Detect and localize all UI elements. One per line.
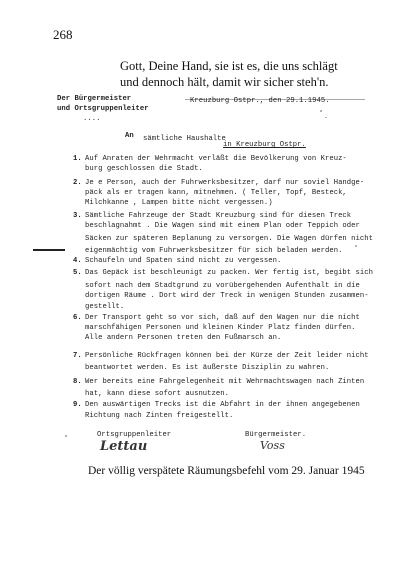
item-8-number: 8. (73, 378, 82, 386)
epigraph: Gott, Deine Hand, sie ist es, die uns sc… (120, 58, 338, 90)
item-5-line-2: sofort nach dem Stadtgrund zu vorübergeh… (85, 282, 360, 290)
item-5-line-1: Das Gepäck ist beschleunigt zu packen. W… (85, 269, 373, 277)
page-number: 268 (53, 27, 73, 43)
item-9-line-1: Den auswärtigen Trecks ist die Abfahrt i… (85, 401, 360, 409)
item-5-number: 5. (73, 269, 82, 277)
item-2-line-1: Je e Person, auch der Fuhrwerksbesitzer,… (85, 179, 364, 187)
scan-speck (320, 110, 322, 112)
item-3-line-2: beschlagnahmt . Die Wagen sind mit einem… (85, 222, 360, 230)
item-7-number: 7. (73, 352, 82, 360)
item-9-number: 9. (73, 401, 82, 409)
signature-title-right: Bürgermeister. (245, 431, 306, 439)
item-1-line-2: burg geschlossen die Stadt. (85, 165, 203, 173)
scan-speck (65, 435, 67, 437)
item-7-line-1: Persönliche Rückfragen können bei der Kü… (85, 352, 369, 360)
sender-line-2: und Ortsgruppenleiter (57, 105, 149, 113)
item-6-number: 6. (73, 314, 82, 322)
item-4-line-1: Schaufeln und Spaten sind nicht zu verge… (85, 257, 281, 265)
item-5-line-4: gestellt. (85, 303, 124, 311)
item-8-line-2: hat, kann diese sofort ausnutzen. (85, 390, 229, 398)
item-7-line-2: beantwortet werden. Es ist äußerste Disz… (85, 364, 329, 372)
signature-left: Lettau (100, 439, 147, 454)
item-2-number: 2. (73, 179, 82, 187)
signature-right: Voss (260, 439, 285, 452)
item-4-number: 4. (73, 257, 82, 265)
address-an: An (125, 132, 134, 140)
item-3-line-1: Sämtliche Fahrzeuge der Stadt Kreuzburg … (85, 212, 351, 220)
item-2-line-2: päck als er tragen kann, mitnehmen. ( Te… (85, 189, 347, 197)
item-6-line-1: Der Transport geht so vor sich, daß auf … (85, 314, 360, 322)
address-location: in Kreuzburg Ostpr. (223, 141, 306, 149)
margin-pen-stroke (33, 249, 65, 251)
item-3-line-4: eigenmächtig vom Fuhrwerksbesitzer für s… (85, 247, 342, 255)
item-5-line-3: dortigen Räume . Dort wird der Treck in … (85, 292, 369, 300)
sender-dots: .... (83, 115, 100, 123)
sender-line-1: Der Bürgermeister (57, 95, 131, 103)
scanned-evacuation-order: Der Bürgermeister und Ortsgruppenleiter … (55, 95, 380, 455)
scan-speck (325, 117, 327, 118)
place-and-date: Kreuzburg Ostpr., den 29.1.1945. (190, 97, 330, 105)
figure-caption: Der völlig verspätete Räumungsbefehl vom… (88, 465, 365, 477)
item-8-line-1: Wer bereits eine Fahrgelegenheit mit Weh… (85, 378, 364, 386)
item-9-line-2: Richtung nach Zinten freigestellt. (85, 412, 233, 420)
item-3-line-3: Säcken zur späteren Beplanung zu versorg… (85, 235, 373, 243)
epigraph-line-2: und dennoch hält, damit wir sicher steh'… (120, 74, 338, 90)
scan-speck (355, 245, 357, 247)
epigraph-line-1: Gott, Deine Hand, sie ist es, die uns sc… (120, 58, 338, 74)
signature-title-left: Ortsgruppenleiter (97, 431, 171, 439)
item-1: 1. (73, 155, 82, 163)
item-6-line-3: Alle andern Personen treten den Fußmarsc… (85, 334, 281, 342)
address-recipients: sämtliche Haushalte (143, 135, 226, 143)
item-2-line-3: Milchkanne , Lampen bitte nicht vergesse… (85, 199, 273, 207)
item-1-line-1: Auf Anraten der Wehrmacht verläßt die Be… (85, 155, 347, 163)
item-6-line-2: marschfähigen Personen und kleinen Kinde… (85, 324, 356, 332)
item-3-number: 3. (73, 212, 82, 220)
